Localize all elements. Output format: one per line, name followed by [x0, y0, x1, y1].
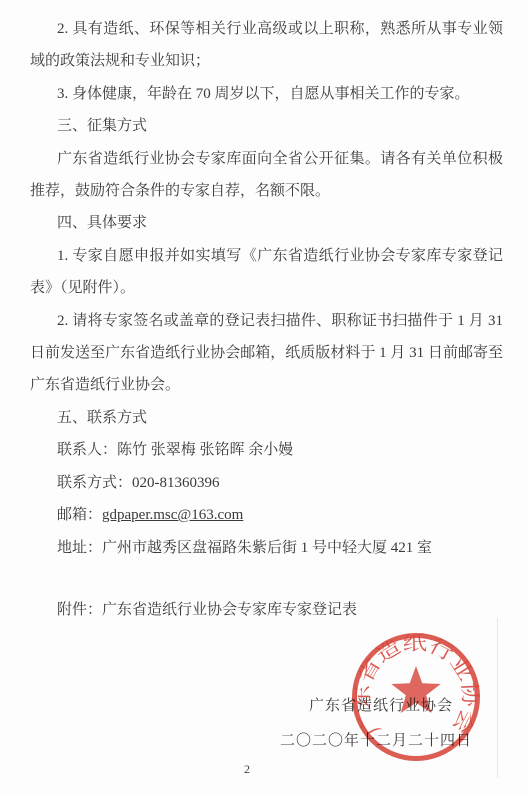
email-link[interactable]: gdpaper.msc@163.com — [102, 507, 243, 523]
page-number: 2 — [0, 762, 494, 777]
contact-persons-line: 联系人：陈竹 张翠梅 张铭晖 余小嫚 — [30, 434, 503, 466]
email-label: 邮箱： — [57, 507, 102, 523]
collection-method-paragraph: 广东省造纸行业协会专家库面向全省公开征集。请各有关单位积极推荐，鼓励符合条件的专… — [30, 143, 503, 208]
section-heading-contact: 五、联系方式 — [30, 402, 503, 434]
specific-requirement-2: 2. 请将专家签名或盖章的登记表扫描件、职称证书扫描件于 1 月 31 日前发送… — [30, 305, 503, 402]
contact-address-line: 地址：广州市越秀区盘福路朱紫后街 1 号中轻大厦 421 室 — [30, 532, 503, 564]
contact-phone-line: 联系方式：020-81360396 — [30, 467, 503, 499]
attachment-line: 附件：广东省造纸行业协会专家库专家登记表 — [30, 594, 503, 626]
official-seal: 广东省造纸行业协会 — [349, 630, 483, 764]
section-heading-specific-requirements: 四、具体要求 — [30, 207, 503, 239]
requirement-item-3: 3. 身体健康，年龄在 70 周岁以下，自愿从事相关工作的专家。 — [30, 78, 503, 110]
scan-artifact-line — [497, 618, 498, 778]
contact-email-line: 邮箱：gdpaper.msc@163.com — [30, 499, 503, 531]
document-body: 2. 具有造纸、环保等相关行业高级或以上职称，熟悉所从事专业领域的政策法规和专业… — [30, 13, 503, 626]
seal-star-icon — [391, 666, 440, 713]
section-heading-collection-method: 三、征集方式 — [30, 110, 503, 142]
specific-requirement-1: 1. 专家自愿申报并如实填写《广东省造纸行业协会专家库专家登记表》（见附件）。 — [30, 240, 503, 305]
requirement-item-2: 2. 具有造纸、环保等相关行业高级或以上职称，熟悉所从事专业领域的政策法规和专业… — [30, 13, 503, 78]
document-page: 2. 具有造纸、环保等相关行业高级或以上职称，熟悉所从事专业领域的政策法规和专业… — [0, 0, 529, 795]
